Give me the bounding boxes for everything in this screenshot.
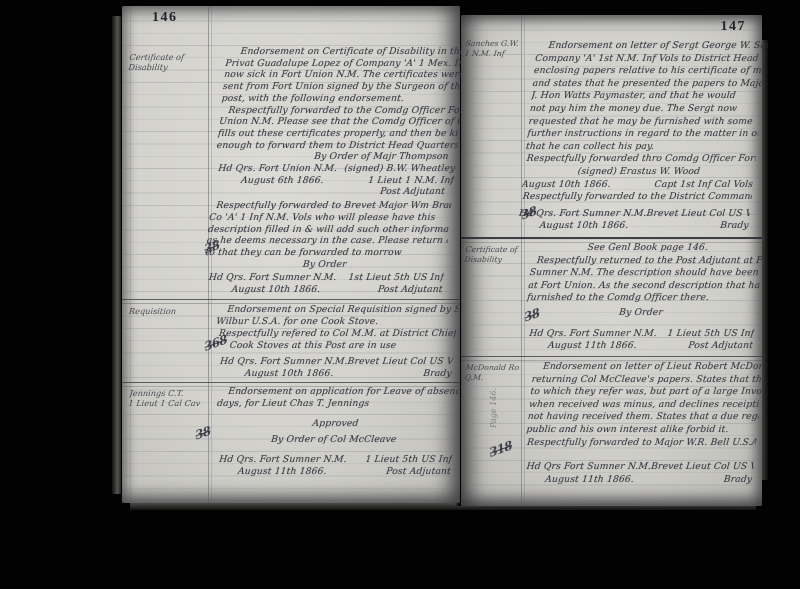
ledger-entry: Endorsement on Certificate of Disability… — [201, 46, 468, 296]
text-line: Respectfully forwarded to Brevet Major W… — [210, 200, 452, 212]
ledger-entry: Endorsement on letter of Lieut Robert Mc… — [520, 361, 764, 486]
text-line: August 6th 1866.1 Lieut 1 N.M. Inf — [212, 175, 454, 187]
text-line: By Order — [204, 259, 446, 271]
ledger-entry: See Genl Book page 146.Respectfully retu… — [521, 242, 764, 353]
text-segment: Post Adjutant — [687, 340, 753, 353]
text-line: Endorsement on Certificate of Disability… — [226, 46, 468, 58]
page-stack-edge-right — [762, 40, 768, 480]
text-line: Requisition — [128, 306, 205, 316]
margin-label: McDonald RobtQ.M. — [464, 363, 520, 383]
text-line: Respectfully returned to the Post Adjuta… — [530, 255, 762, 268]
ledger-page-147: 147 Sanches G.W.1 N.M. Inf Endorsement o… — [461, 15, 762, 506]
page-stack-edge-left — [112, 16, 121, 494]
text-line: Hd Qrs. Fort Sumner N.M.Brevet Lieut Col… — [211, 356, 453, 368]
text-line: August 10th 1866.Brady — [210, 368, 452, 380]
text-line: days, for Lieut Chas T. Jennings — [216, 398, 458, 410]
text-line: post, with the following endorsement. — [221, 93, 463, 105]
ledger-entry: Endorsement on letter of Sergt George W.… — [517, 40, 768, 233]
text-line: Hd Qrs. Fort Sumner N.M.1 Lieut 5th US I… — [210, 454, 452, 466]
column-divider — [524, 15, 525, 506]
text-segment: August 10th 1866. — [521, 179, 611, 192]
text-segment: Brady — [719, 220, 749, 233]
text-segment: Post Adjutant — [385, 466, 451, 478]
text-segment: August 10th 1866. — [201, 284, 321, 296]
text-line: further instructions in regard to the ma… — [527, 128, 759, 141]
text-line: public and his own interest alike forbid… — [526, 424, 758, 437]
text-line: August 10th 1866.Brady — [517, 220, 749, 233]
text-line: By Order of Majr Thompson — [215, 151, 457, 163]
text-line: Respectfully forwarded to Major W.R. Bel… — [524, 437, 756, 450]
text-line: 1 Lieut 1 Cal Cav — [128, 398, 205, 408]
text-segment: Hd Qrs. Fort Sumner N.M. — [202, 272, 337, 284]
text-segment: 1 Lieut 5th US Inf — [365, 454, 453, 466]
text-segment: August 11th 1866. — [520, 474, 634, 487]
text-segment: Brevet Lieut Col US Vols — [646, 208, 751, 221]
text-segment: Post Adjutant — [377, 284, 443, 296]
text-segment: 1 Lieut 1 N.M. Inf — [368, 175, 455, 187]
text-line: By Order — [525, 307, 757, 320]
text-line: Endorsement on letter of Sergt George W.… — [536, 40, 768, 53]
gutter-annotation: Page 146. — [489, 388, 498, 428]
text-line: to that they can be forwarded to morrow — [205, 247, 447, 259]
text-line: Endorsement on letter of Lieut Robert Mc… — [532, 361, 764, 374]
text-line: Sanches G.W. — [465, 39, 520, 49]
text-line: Certificate of — [465, 245, 520, 255]
ledger-page-146: 146 Certificate ofDisability Endorsement… — [122, 6, 460, 503]
text-line: Jennings C.T. — [129, 388, 206, 398]
margin-label: Certificate ofDisability — [464, 245, 520, 265]
scanned-ledger-spread: 146 Certificate ofDisability Endorsement… — [0, 0, 800, 589]
text-line: at Fort Union. As the second description… — [528, 280, 760, 293]
text-line: Union N.M. Please see that the Comdg Off… — [219, 116, 461, 128]
text-line: returning Col McCleave's papers. States … — [531, 374, 763, 387]
text-line: Hd Qrs. Fort Union N.M.(signed) B.W. Whe… — [214, 163, 456, 175]
text-segment: August 10th 1866. — [517, 220, 629, 233]
text-line: By Order of Col McCleave — [213, 434, 455, 446]
text-line: furnished to the Comdg Officer there. — [526, 292, 758, 305]
text-line: and states that he presented the papers … — [532, 78, 764, 91]
text-segment: Capt 1st Inf Cal Vols — [654, 179, 754, 192]
text-line: Q.M. — [464, 373, 519, 383]
margin-label: Certificate ofDisability — [128, 52, 206, 72]
margin-rule — [130, 6, 131, 503]
text-line: Certificate of — [129, 52, 206, 62]
text-line: enclosing papers relative to his certifi… — [533, 65, 765, 78]
text-line: when received was minus, and declines re… — [528, 399, 760, 412]
text-line: Endorsement on Special Requisition signe… — [217, 304, 459, 316]
text-segment: Brevet Lieut Col US Vols — [650, 461, 754, 474]
text-line: Hd Qrs. Fort Sumner N.M.1 Lieut 5th US I… — [523, 328, 755, 341]
text-line: Disability — [128, 62, 205, 72]
text-segment: Hd Qrs. Fort Sumner N.M. — [523, 328, 658, 341]
text-segment: Brady — [723, 474, 753, 487]
column-divider — [521, 15, 522, 506]
entry-separator — [461, 356, 762, 360]
text-line: Approved — [214, 418, 456, 430]
text-line: McDonald Robt — [465, 363, 520, 373]
text-line: See Genl Book page 146. — [531, 242, 763, 255]
text-line: Endorsement on application for Leave of … — [218, 386, 460, 398]
ledger-entry: Endorsement on Special Requisition signe… — [210, 304, 459, 380]
entry-separator — [122, 299, 460, 303]
text-line: August 11th 1866.Brady — [520, 474, 752, 487]
page-number: 147 — [721, 19, 747, 35]
text-line: Respectfully forwarded thro Comdg Office… — [524, 153, 756, 166]
text-line: that he can collect his pay. — [525, 141, 757, 154]
text-segment: 1 Lieut 5th US Inf — [667, 328, 755, 341]
text-line: Hd Qrs. Fort Sumner N.M.Brevet Lieut Col… — [518, 208, 750, 221]
text-segment: Hd Qrs. Fort Union N.M. — [214, 163, 338, 175]
text-line: August 11th 1866.Post Adjutant — [521, 340, 753, 353]
text-line: as he deems necessary in the case. Pleas… — [206, 235, 448, 247]
text-line: August 10th 1866.Capt 1st Inf Cal Vols — [521, 179, 753, 192]
text-segment: (signed) B.W. Wheatley — [344, 163, 456, 175]
text-segment: 1st Lieut 5th US Inf — [348, 272, 445, 284]
margin-label: Jennings C.T.1 Lieut 1 Cal Cav — [128, 388, 206, 408]
text-line: Respectfully forwarded to the District C… — [520, 191, 752, 204]
text-segment: Hd Qrs Fort Sumner N.M. — [522, 461, 652, 474]
text-line: enough to forward them to District Head … — [216, 140, 458, 152]
text-line: Post Adjutant — [211, 186, 453, 198]
text-line: fills out these certificates properly, a… — [217, 128, 459, 140]
text-line: August 10th 1866.Post Adjutant — [201, 284, 443, 296]
text-line: to which they refer was, but part of a l… — [530, 386, 762, 399]
text-segment: Brady — [423, 368, 453, 380]
text-line: Respectfully refered to Col M.M. at Dist… — [214, 328, 456, 340]
text-line: Disability — [464, 255, 519, 265]
text-line: now sick in Fort Union N.M. The certific… — [223, 69, 465, 81]
text-segment: August 11th 1866. — [521, 340, 637, 353]
text-line: description filled in & will add such ot… — [207, 224, 449, 236]
text-line: Company 'A' 1st N.M. Inf Vols to Distric… — [534, 53, 766, 66]
page-number: 146 — [152, 10, 178, 26]
margin-label: Requisition — [128, 306, 205, 316]
text-segment: Hd Qrs. Fort Sumner N.M. — [210, 454, 347, 466]
text-segment: Hd Qrs. Fort Sumner N.M. — [211, 356, 348, 368]
text-line: (signed) Erastus W. Wood — [523, 166, 755, 179]
text-line: requested that he may be furnished with … — [528, 116, 760, 129]
text-line: not pay him the money due. The Sergt now — [529, 103, 761, 116]
text-line: sent from Fort Union signed by the Surge… — [222, 81, 464, 93]
text-line: 1 N.M. Inf — [464, 49, 519, 59]
text-line: Hd Qrs Fort Sumner N.M.Brevet Lieut Col … — [522, 461, 754, 474]
text-line: August 11th 1866.Post Adjutant — [209, 466, 451, 478]
margin-label: Sanches G.W.1 N.M. Inf — [464, 39, 520, 59]
text-line: not having received them. States that a … — [527, 411, 759, 424]
text-line: Respectfully forwarded to the Comdg Offi… — [220, 105, 462, 117]
ledger-entry: Endorsement on application for Leave of … — [209, 386, 460, 478]
text-line: Hd Qrs. Fort Sumner N.M.1st Lieut 5th US… — [202, 272, 444, 284]
text-line: Cook Stoves at this Post are in use — [213, 340, 455, 352]
text-segment: Brevet Lieut Col US Vols — [347, 356, 454, 368]
text-line: J. Hon Watts Paymaster, and that he woul… — [531, 90, 763, 103]
text-line: Co 'A' 1 Inf N.M. Vols who will please h… — [208, 212, 450, 224]
text-segment: August 11th 1866. — [209, 466, 327, 478]
text-segment: August 10th 1866. — [210, 368, 334, 380]
text-segment: August 6th 1866. — [212, 175, 324, 187]
text-line: Sumner N.M. The description should have … — [529, 267, 761, 280]
text-line: Privat Guadalupe Lopez of Company 'A' 1 … — [225, 58, 467, 70]
text-line: Wilbur U.S.A. for one Cook Stove. — [215, 316, 457, 328]
